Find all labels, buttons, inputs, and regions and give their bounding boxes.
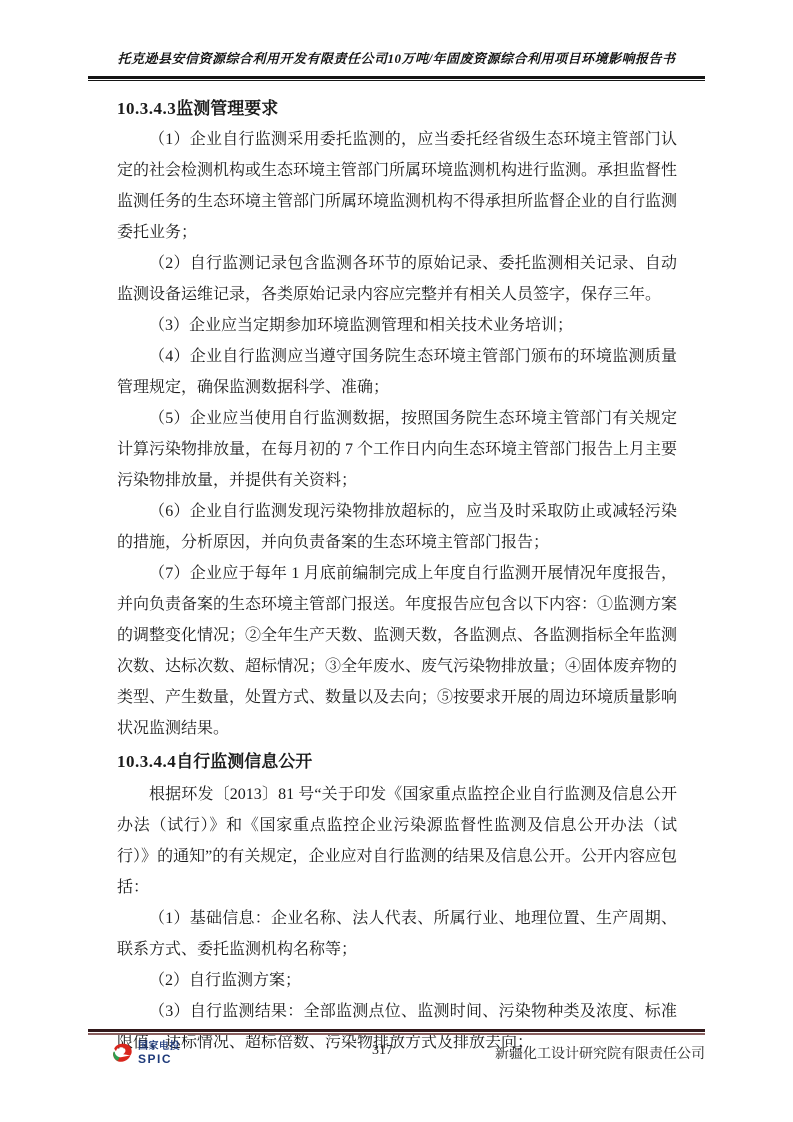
header-running-title: 托克逊县安信资源综合利用开发有限责任公司10万吨/年固废资源综合利用项目环境影响… [88,48,705,67]
paragraph: （2）自行监测方案； [117,965,677,996]
page-footer: 国家电投 SPIC 317 新疆化工设计研究院有限责任公司 [88,1029,705,1065]
spic-logo-english: SPIC [138,1053,180,1065]
paragraph: （3）企业应当定期参加环境监测管理和相关技术业务培训； [117,310,677,341]
paragraph: （7）企业应于每年 1 月底前编制完成上年度自行监测开展情况年度报告，并向负责备… [117,558,677,744]
section-number: 10.3.4.3 [117,99,176,118]
document-body: 10.3.4.3监测管理要求 （1）企业自行监测采用委托监测的，应当委托经省级生… [117,94,677,1058]
header-rule [88,76,705,81]
paragraph: 根据环发〔2013〕81 号“关于印发《国家重点监控企业自行监测及信息公开办法（… [117,779,677,903]
paragraph: （1）企业自行监测采用委托监测的，应当委托经省级生态环境主管部门认定的社会检测机… [117,124,677,248]
document-page: 托克逊县安信资源综合利用开发有限责任公司10万吨/年固废资源综合利用项目环境影响… [0,0,793,1122]
section-title: 自行监测信息公开 [176,752,312,771]
footer-company-name: 新疆化工设计研究院有限责任公司 [465,1041,705,1063]
paragraph: （4）企业自行监测应当遵守国务院生态环境主管部门颁布的环境监测质量管理规定，确保… [117,341,677,403]
paragraph: （2）自行监测记录包含监测各环节的原始记录、委托监测相关记录、自动监测设备运维记… [117,248,677,310]
header-rule-thick [88,76,705,79]
spic-logo-chinese: 国家电投 [138,1042,180,1052]
section-heading-monitoring-management: 10.3.4.3监测管理要求 [117,94,677,124]
paragraph: （1）基础信息：企业名称、法人代表、所属行业、地理位置、生产周期、联系方式、委托… [117,903,677,965]
page-number: 317 [300,1041,465,1059]
spic-logo-icon [110,1041,134,1065]
paragraph: （6）企业自行监测发现污染物排放超标的，应当及时采取防止或减轻污染的措施，分析原… [117,496,677,558]
page-header: 托克逊县安信资源综合利用开发有限责任公司10万吨/年固废资源综合利用项目环境影响… [88,48,705,81]
section-title: 监测管理要求 [176,99,278,118]
footer-rule-thick [88,1029,705,1032]
footer-row: 国家电投 SPIC 317 新疆化工设计研究院有限责任公司 [88,1041,705,1065]
section-number: 10.3.4.4 [117,752,176,771]
footer-rule-thin [88,1033,705,1035]
section-heading-self-monitoring-disclosure: 10.3.4.4自行监测信息公开 [117,747,677,777]
spic-logo: 国家电投 SPIC [110,1041,300,1065]
spic-logo-text: 国家电投 SPIC [138,1042,180,1065]
paragraph: （5）企业应当使用自行监测数据，按照国务院生态环境主管部门有关规定计算污染物排放… [117,403,677,496]
header-rule-thin [88,80,705,81]
